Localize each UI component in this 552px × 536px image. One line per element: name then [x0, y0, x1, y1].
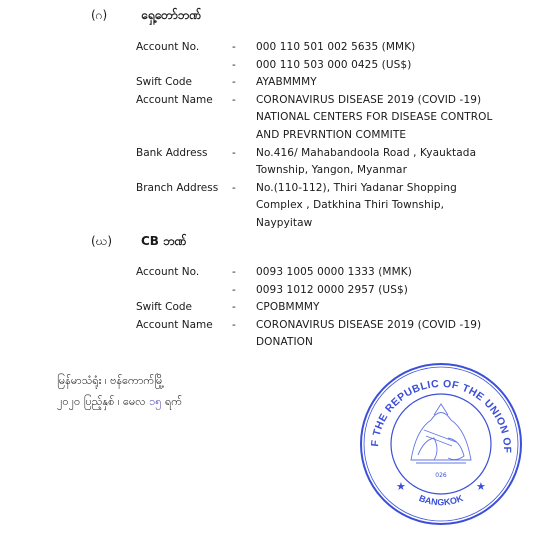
- field-value: NATIONAL CENTERS FOR DISEASE CONTROL: [256, 108, 493, 126]
- field-label: Bank Address: [136, 144, 236, 162]
- field-label: Account No.: [136, 38, 236, 56]
- field-value: 000 110 503 000 0425 (US$): [256, 56, 411, 74]
- separator-dash: -: [232, 298, 236, 316]
- separator-dash: -: [232, 179, 236, 197]
- section-title: ရှေ့တော်ဘဏ်: [141, 7, 201, 25]
- field-label: Account Name: [136, 316, 236, 334]
- separator-dash: -: [232, 91, 236, 109]
- field-value: CORONAVIRUS DISEASE 2019 (COVID -19): [256, 91, 481, 109]
- separator-dash: -: [232, 281, 236, 299]
- field-value: 0093 1005 0000 1333 (MMK): [256, 263, 412, 281]
- svg-text:★: ★: [476, 480, 486, 493]
- svg-text:026: 026: [435, 472, 447, 479]
- separator-dash: -: [232, 316, 236, 334]
- separator-dash: -: [232, 73, 236, 91]
- field-label: Branch Address: [136, 179, 236, 197]
- field-value: AYABMMMY: [256, 73, 317, 91]
- closing-date: ၂၀၂၀ ပြည့်နှစ် ၊ မေလ ၁၅ ရက်: [57, 391, 182, 412]
- field-value: No.416/ Mahabandoola Road , Kyauktada: [256, 144, 476, 162]
- field-value: CORONAVIRUS DISEASE 2019 (COVID -19): [256, 316, 481, 334]
- field-label: Account Name: [136, 91, 236, 109]
- field-label: Account No.: [136, 263, 236, 281]
- svg-text:BANGKOK: BANGKOK: [418, 493, 465, 507]
- field-value: AND PREVRNTION COMMITE: [256, 126, 406, 144]
- svg-text:★: ★: [396, 480, 406, 493]
- handwritten-day: ၁၅: [149, 395, 161, 408]
- separator-dash: -: [232, 56, 236, 74]
- section-number: (ဂ): [91, 7, 107, 25]
- closing-location: မြန်မာသံရုံး ၊ ဗန်ကောက်မြို့: [57, 370, 182, 391]
- section-title: CB ဘဏ်: [141, 233, 187, 251]
- field-value: CPOBMMMY: [256, 298, 320, 316]
- section-number: (ဃ): [91, 233, 112, 251]
- field-label: Swift Code: [136, 298, 236, 316]
- field-value: Complex , Datkhina Thiri Township,: [256, 196, 444, 214]
- document-page: (ဂ) ရှေ့တော်ဘဏ် Account No.-000 110 501 …: [0, 0, 552, 536]
- embassy-stamp-icon: EMBASSY OF THE REPUBLIC OF THE UNION OF …: [356, 360, 526, 528]
- field-label: Swift Code: [136, 73, 236, 91]
- field-value: 000 110 501 002 5635 (MMK): [256, 38, 415, 56]
- closing-block: မြန်မာသံရုံး ၊ ဗန်ကောက်မြို့ ၂၀၂၀ ပြည့်န…: [57, 370, 182, 412]
- field-value: Township, Yangon, Myanmar: [256, 161, 407, 179]
- field-value: 0093 1012 0000 2957 (US$): [256, 281, 408, 299]
- field-value: DONATION: [256, 333, 313, 351]
- separator-dash: -: [232, 263, 236, 281]
- separator-dash: -: [232, 144, 236, 162]
- field-value: No.(110-112), Thiri Yadanar Shopping: [256, 179, 457, 197]
- field-value: Naypyitaw: [256, 214, 312, 232]
- separator-dash: -: [232, 38, 236, 56]
